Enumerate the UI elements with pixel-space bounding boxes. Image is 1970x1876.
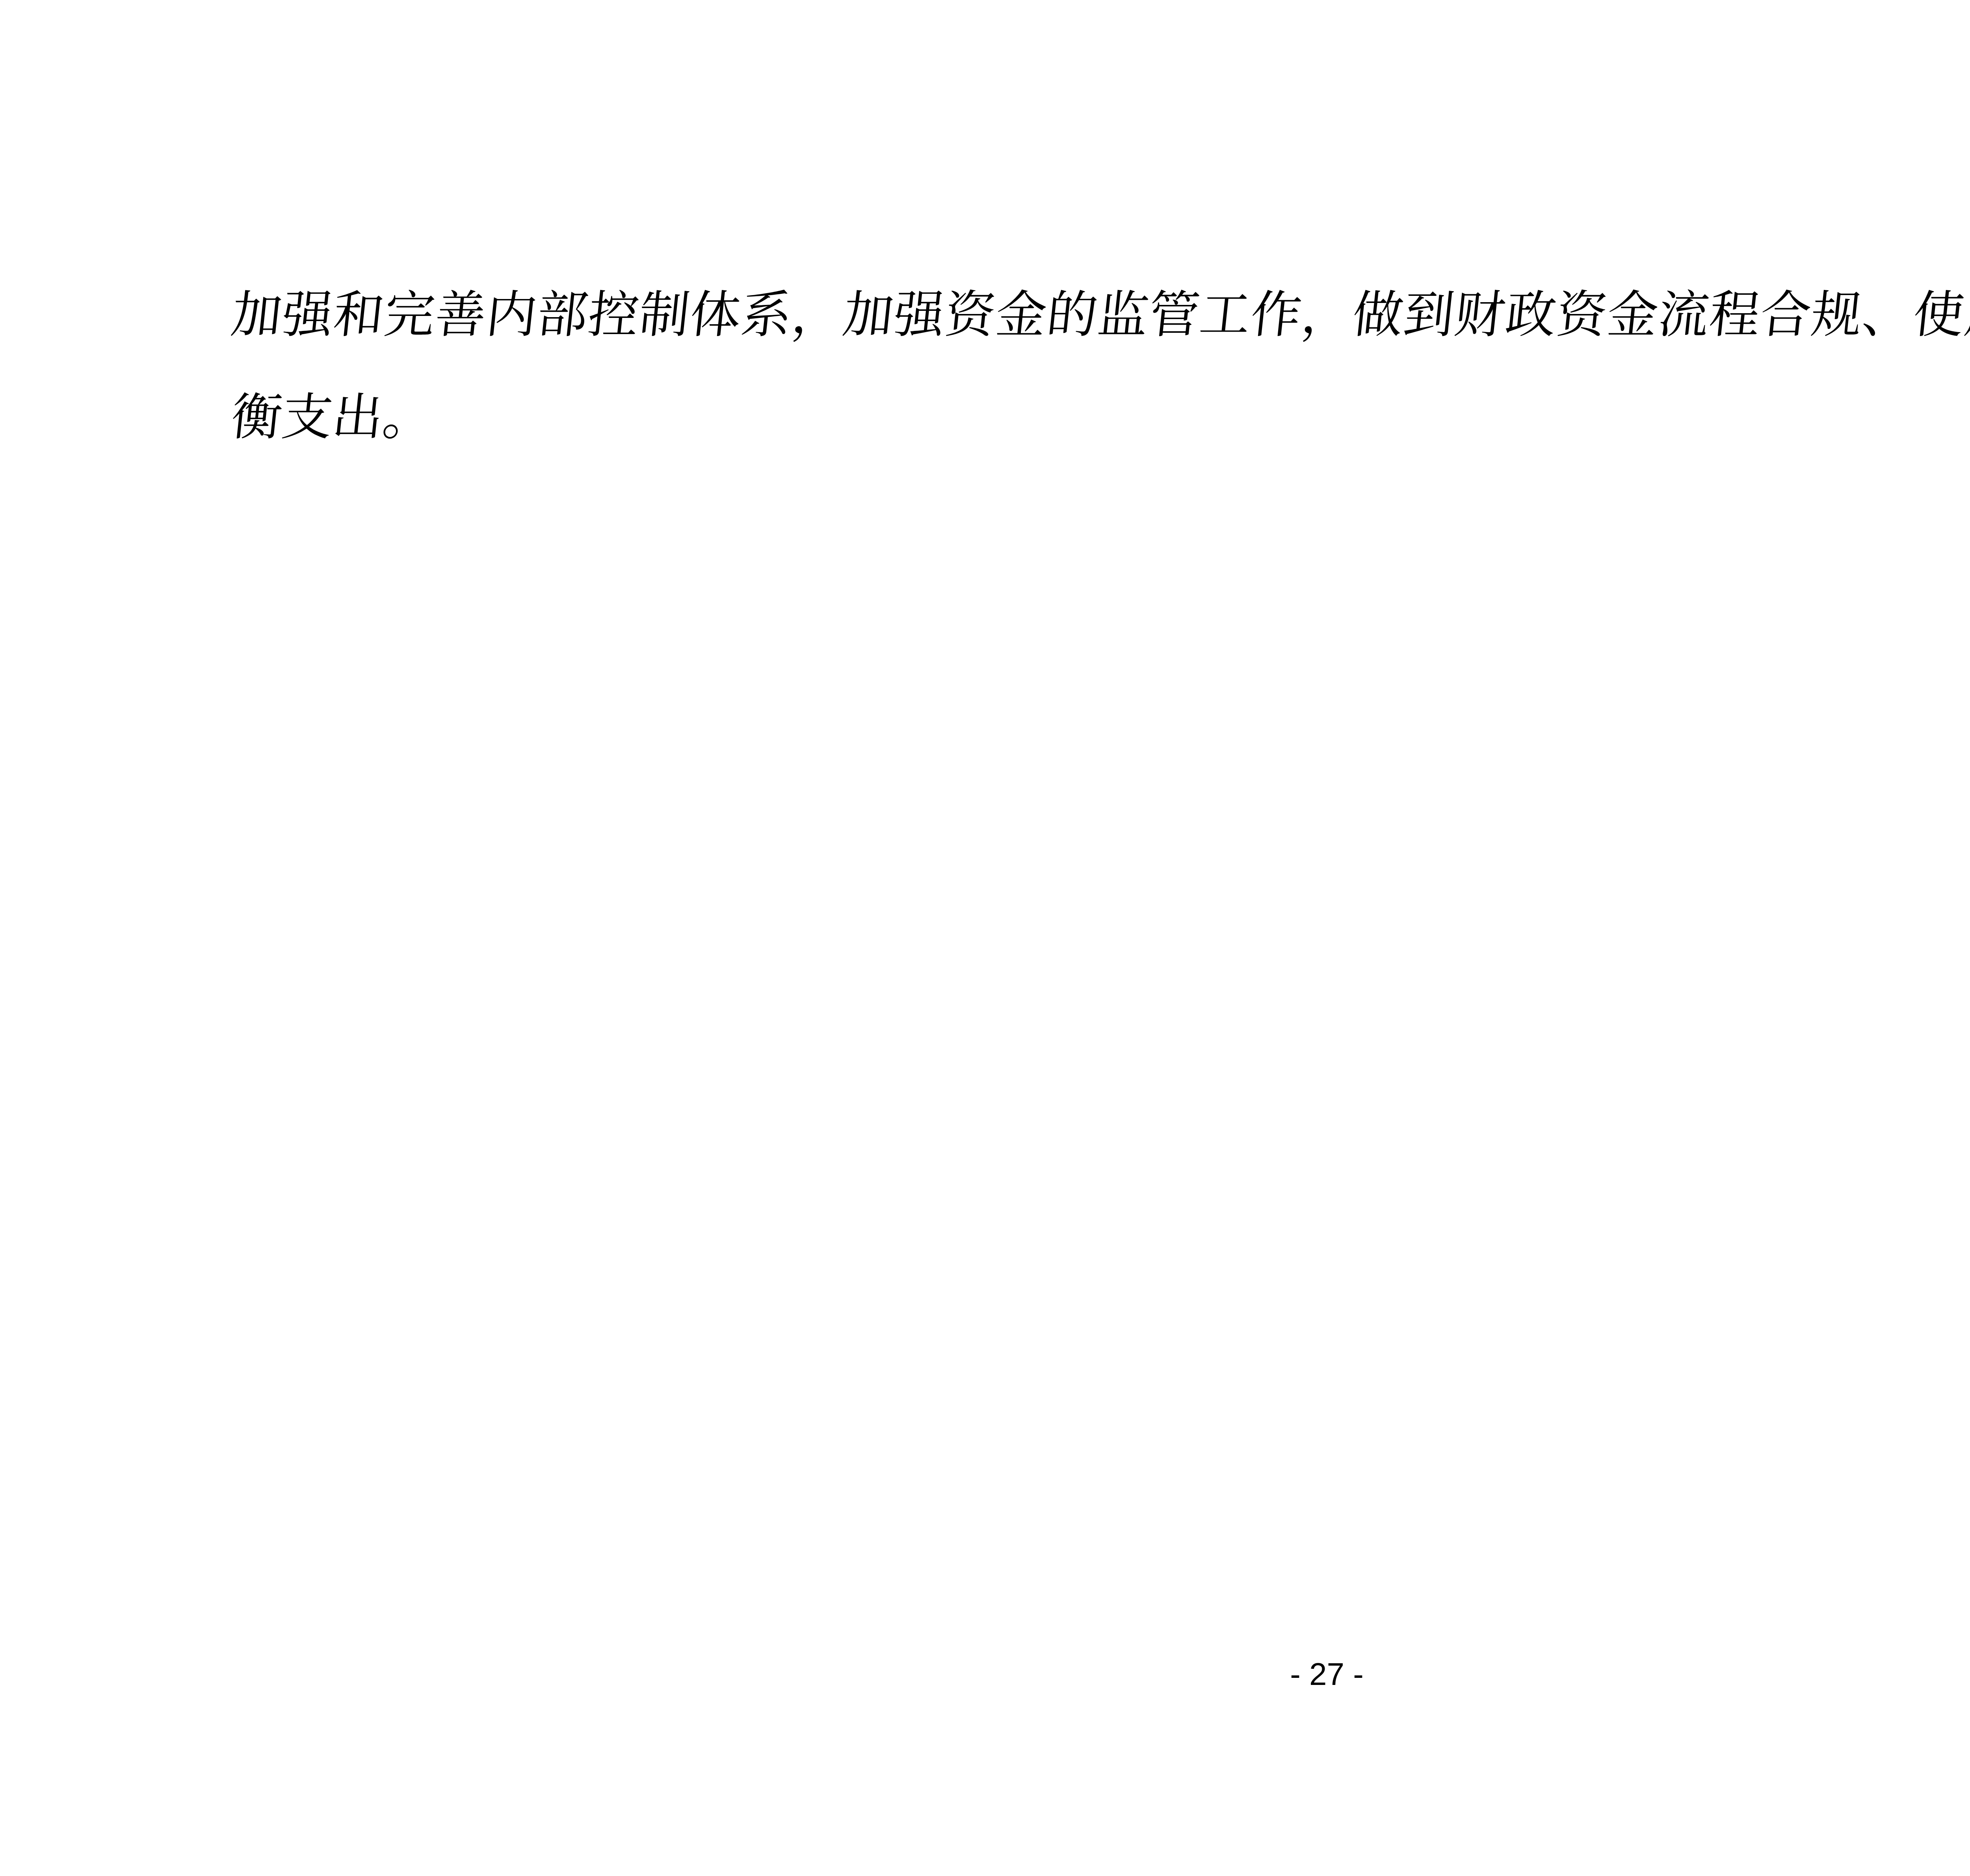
body-paragraph: 加强和完善内部控制体系，加强资金的监管工作，做到财政资金流程合规、使用透明、拨付… [230,264,1970,469]
paragraph-line-2: 衡支出。 [226,366,1970,469]
document-page: 加强和完善内部控制体系，加强资金的监管工作，做到财政资金流程合规、使用透明、拨付… [0,0,1970,1876]
page-number: - 27 - [0,1653,1970,1696]
paragraph-line-1: 加强和完善内部控制体系，加强资金的监管工作，做到财政资金流程合规、使用透明、拨付… [226,264,1970,366]
